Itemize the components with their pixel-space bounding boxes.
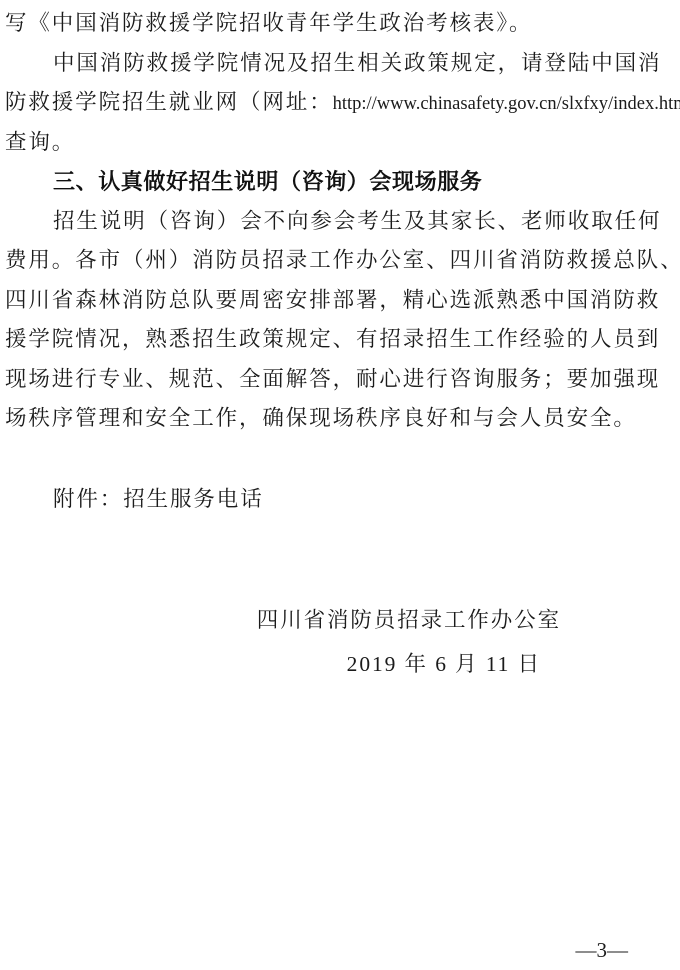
text-line-service-3: 四川省森林消防总队要周密安排部署，精心选派熟悉中国消防救 [5,281,674,321]
page-number: —3— [576,938,629,963]
text-line-para-continuation: 写《中国消防救援学院招收青年学生政治考核表》。 [5,4,674,44]
document-page: 写《中国消防救援学院招收青年学生政治考核表》。 中国消防救援学院情况及招生相关政… [0,0,680,970]
text-line-website-2: 防救援学院招生就业网（网址：http://www.chinasafety.gov… [5,83,674,123]
signature-date: 2019 年 6 月 11 日 [5,645,674,685]
website-url: http://www.chinasafety.gov.cn/slxfxy/ind… [333,94,680,114]
text-line-service-1: 招生说明（咨询）会不向参会考生及其家长、老师收取任何 [5,202,674,242]
text-line-service-6: 场秩序管理和安全工作，确保现场秩序良好和与会人员安全。 [5,399,674,439]
section-heading: 三、认真做好招生说明（咨询）会现场服务 [5,162,674,202]
document-body: 写《中国消防救援学院招收青年学生政治考核表》。 中国消防救援学院情况及招生相关政… [0,0,680,684]
text-line-service-2: 费用。各市（州）消防员招录工作办公室、四川省消防救援总队、 [5,241,674,281]
text-line-website-1: 中国消防救援学院情况及招生相关政策规定，请登陆中国消 [5,44,674,84]
text-line-service-5: 现场进行专业、规范、全面解答，耐心进行咨询服务；要加强现 [5,360,674,400]
signature-office: 四川省消防员招录工作办公室 [5,601,674,641]
text-line-service-4: 援学院情况，熟悉招生政策规定、有招录招生工作经验的人员到 [5,320,674,360]
text-line-website-3: 查询。 [5,123,674,163]
website-line-prefix: 防救援学院招生就业网（网址： [5,90,333,114]
attachment-line: 附件：招生服务电话 [5,480,674,520]
